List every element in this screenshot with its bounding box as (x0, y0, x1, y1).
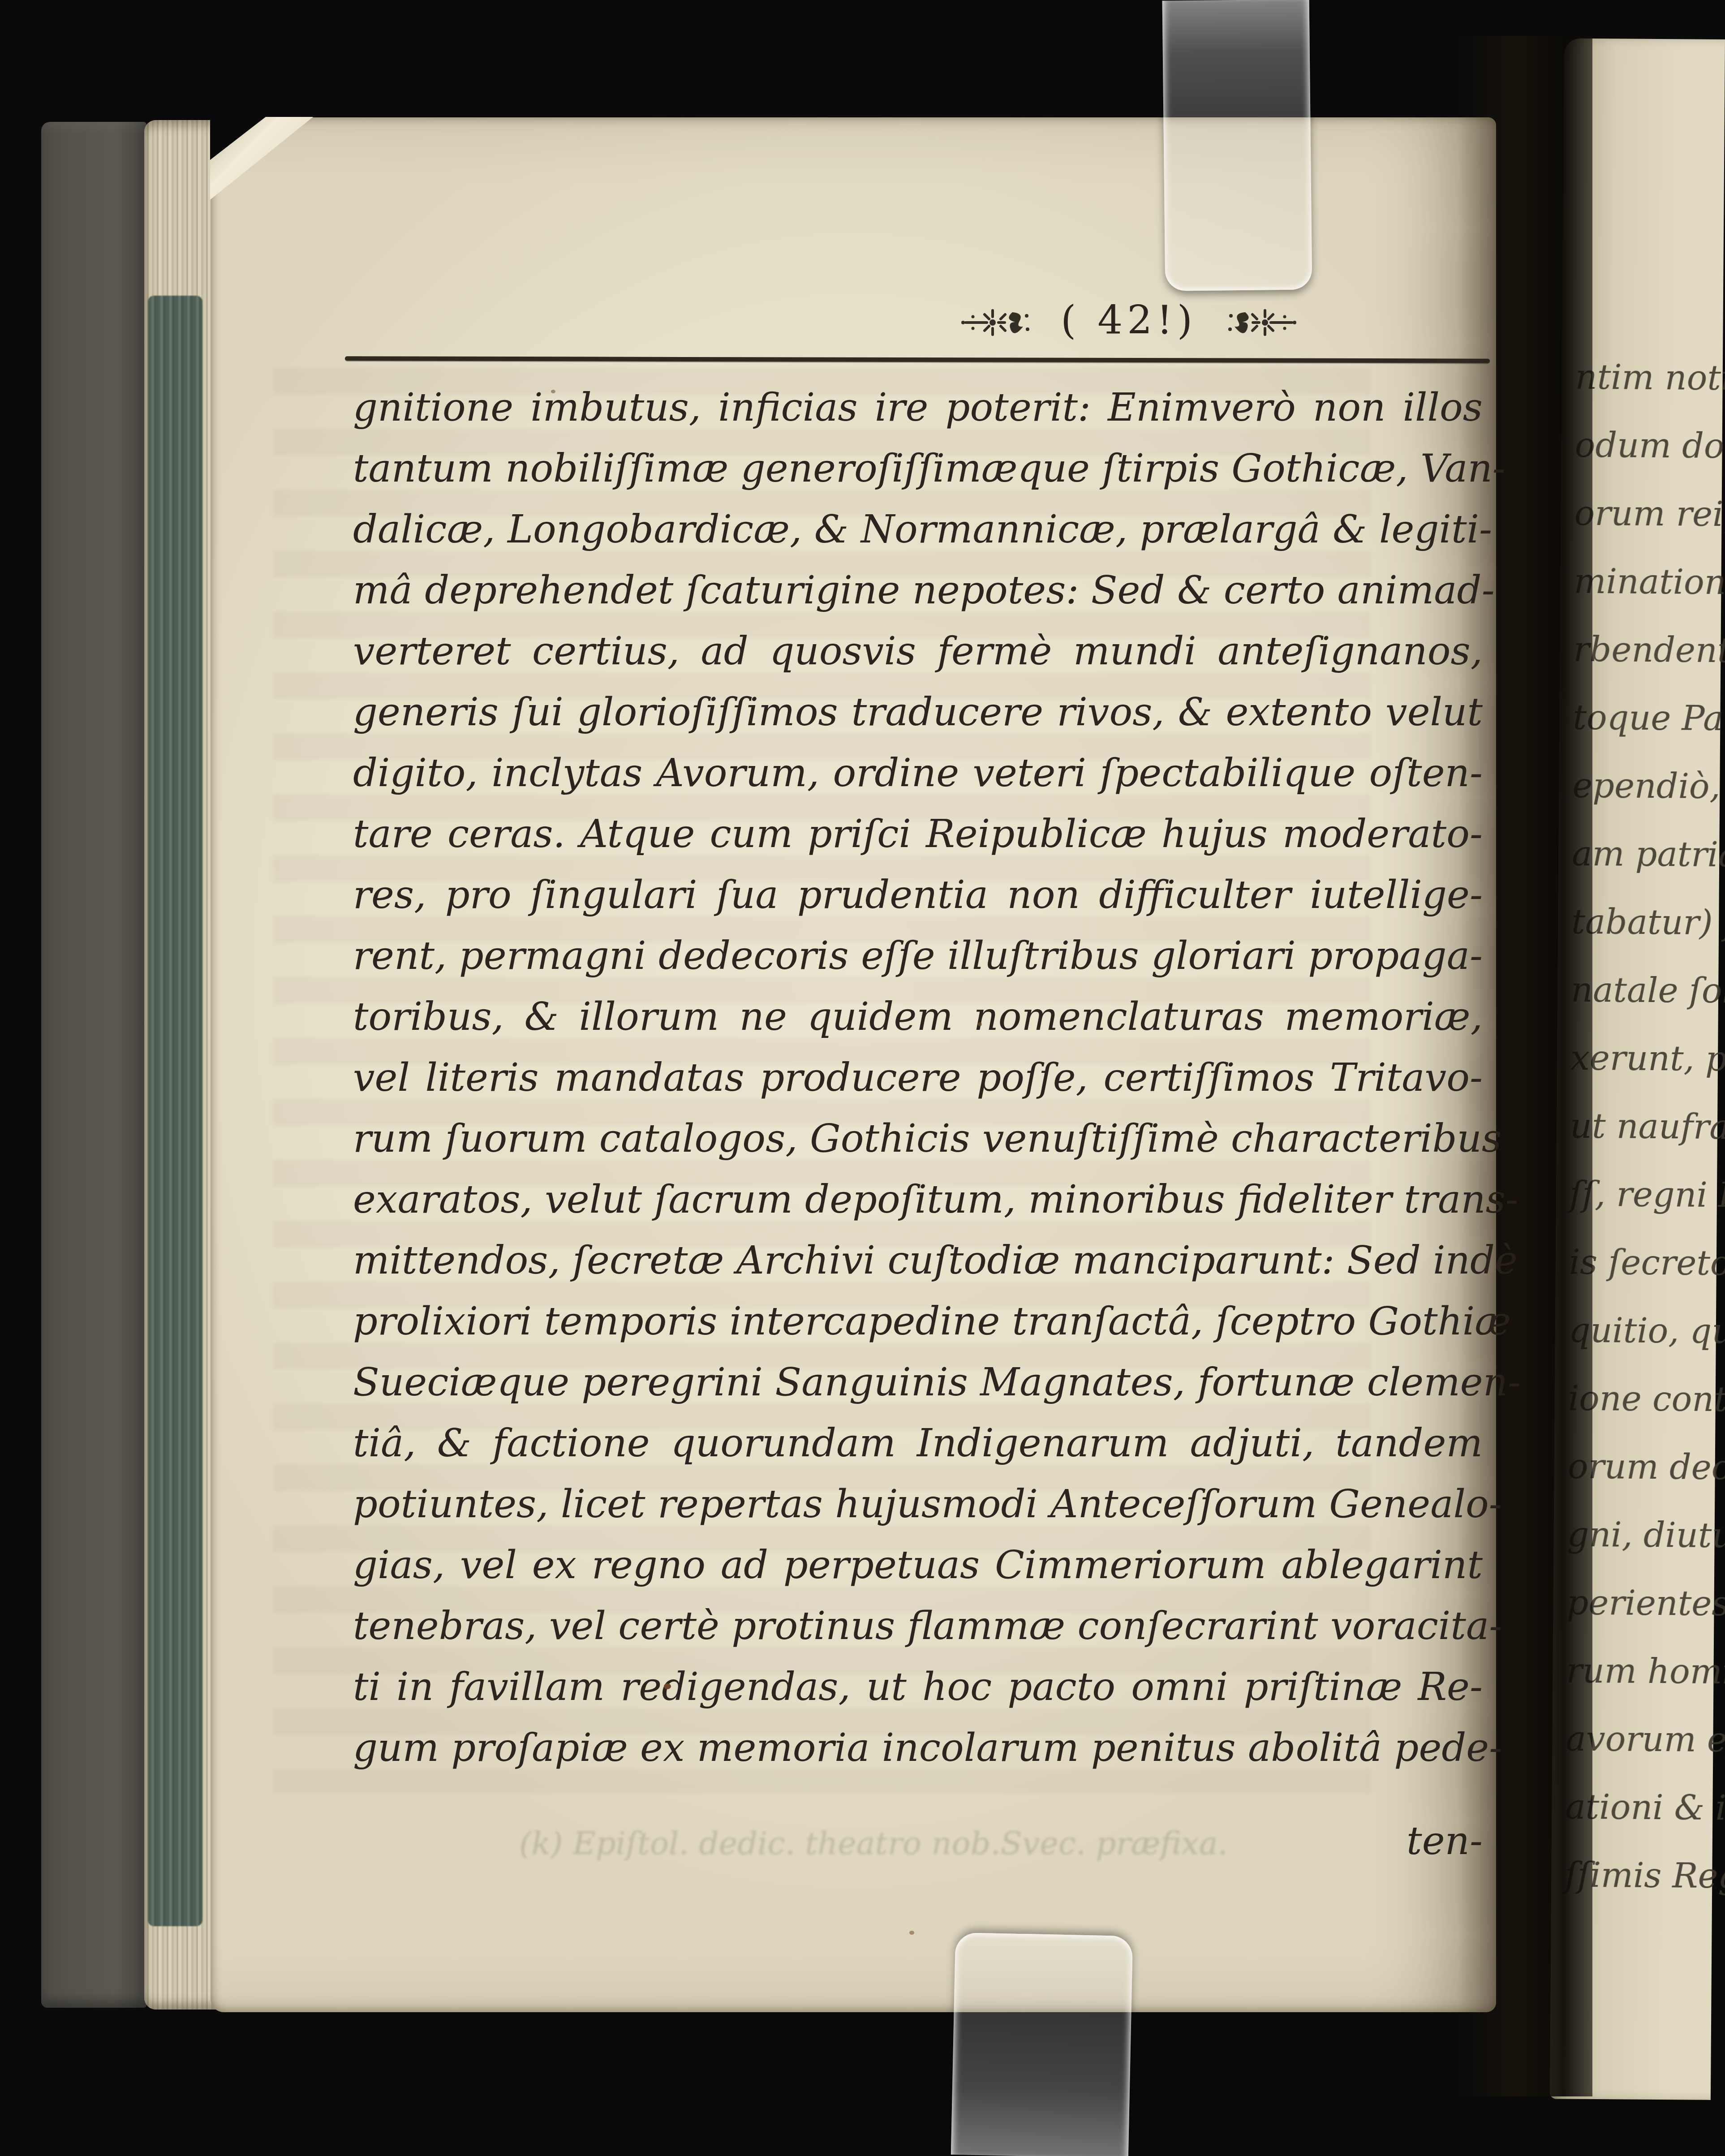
fleuron-right-icon (1223, 303, 1298, 342)
paper-speck (551, 390, 555, 393)
text-line: mittendos, ſecretæ Archivi cuſtodiæ manc… (353, 1230, 1483, 1291)
paper-speck (909, 1931, 914, 1935)
adjacent-text-fragment: is ſecreto imper (1569, 1228, 1721, 1297)
text-line: vel literis mandatas producere poſſe, ce… (353, 1047, 1483, 1108)
adjacent-text-fragment: gni, diuturnâ m (1567, 1501, 1720, 1570)
text-line: digito, inclytas Avorum, ordine veteri ſ… (353, 743, 1483, 804)
adjacent-text-fragment: natale ſolum an (1571, 956, 1724, 1025)
text-line: prolixiori temporis intercapedine tranſa… (353, 1291, 1483, 1352)
header-rule (345, 356, 1490, 363)
text-line: rent, permagni dedecoris eſſe illuſtribu… (353, 925, 1483, 986)
adjacent-text-fragment: quitio, quam Chro (1568, 1296, 1721, 1365)
adjacent-text-fragment: ependiò, quà P (1572, 752, 1725, 821)
text-line: potiuntes, licet repertas hujusmodi Ante… (353, 1474, 1483, 1535)
text-line: ti in favillam redigendas, ut hoc pacto … (353, 1657, 1483, 1717)
adjacent-text-fragment: ſſimis Regni lite (1565, 1841, 1717, 1910)
text-line: tare ceras. Atque cum priſci Reipublicæ … (353, 804, 1483, 865)
adjacent-text-fragment: rbendentes, nè (1573, 615, 1725, 684)
text-line: gias, vel ex regno ad perpetuas Cimmerio… (353, 1535, 1483, 1596)
adjacent-text-fragment: toque Patria ſu (1573, 684, 1725, 753)
text-line: dalicæ, Longobardicæ, & Normannicæ, præl… (353, 499, 1483, 560)
book-scan-photo: { "page": { "header": { "page_number": "… (0, 0, 1725, 2156)
text-line: generis ſui glorioſiſſimos traducere riv… (353, 682, 1483, 743)
page-header: ( 42!) (564, 296, 1693, 349)
text-line: rum ſuorum catalogos, Gothicis venuſtiſſ… (353, 1108, 1483, 1169)
text-line: verteret certius, ad quosvis fermè mundi… (353, 621, 1483, 682)
fleuron-left-icon (959, 303, 1035, 342)
adjacent-page-text: ntim notitiâ, ſecrodum dominaremorum rei… (1565, 343, 1725, 1910)
fore-edge-teal-band (148, 296, 202, 1926)
adjacent-text-fragment: minationis fraud (1574, 547, 1725, 616)
text-line: gum proſapiæ ex memoria incolarum penitu… (353, 1717, 1483, 1778)
paper-speck (1339, 708, 1343, 711)
adjacent-text-fragment: perientes, hujus (1566, 1569, 1719, 1638)
text-line: tenebras, vel certè protinus flammæ conſ… (353, 1596, 1483, 1657)
adjacent-text-fragment: orum reipublicæ (1574, 479, 1725, 548)
adjacent-text-fragment: ntim notitiâ, ſecr (1575, 343, 1725, 412)
text-line: Sueciæque peregrini Sanguinis Magnates, … (353, 1352, 1483, 1413)
show-through-footnote: (k) Epiſtol. dedic. theatro nob.Svec. pr… (506, 1814, 1241, 1872)
text-line: exaratos, velut ſacrum depoſitum, minori… (353, 1169, 1483, 1230)
adjacent-page-sliver: ntim notitiâ, ſecrodum dominaremorum rei… (1550, 38, 1725, 2100)
text-line: tiâ, & factione quorundam Indigenarum ad… (353, 1413, 1483, 1474)
adjacent-text-fragment: ationi & interpola (1565, 1773, 1718, 1842)
text-line: tantum nobiliſſimæ generoſiſſimæque ſtir… (353, 438, 1483, 499)
text-line: toribus, & illorum ne quidem nomenclatur… (353, 986, 1483, 1047)
adjacent-text-fragment: ut naufragio ſub (1570, 1092, 1723, 1161)
adjacent-text-fragment: tabatur) ſingula (1571, 888, 1724, 957)
adjacent-text-fragment: avorum eſſe illa (1566, 1705, 1718, 1774)
text-line: gnitione imbutus, inficias ire poterit: … (353, 377, 1483, 438)
paper-speck (978, 1022, 982, 1026)
book-cover-flap (41, 122, 146, 2008)
paper-speck (664, 1683, 671, 1689)
text-line: mâ deprehendet ſcaturigine nepotes: Sed … (353, 560, 1483, 621)
body-text: gnitione imbutus, inficias ire poterit: … (353, 377, 1483, 1778)
adjacent-text-fragment: odum dominarem (1574, 411, 1725, 480)
book-page: ( 42!) gnitione imbutus, inficias ire po… (211, 117, 1496, 2012)
book-fore-edge (144, 120, 221, 2010)
adjacent-text-fragment: ione contemplan (1568, 1364, 1721, 1433)
adjacent-text-fragment: rum hominumqu (1566, 1637, 1719, 1706)
page-number: ( 42!) (1061, 297, 1197, 343)
adjacent-text-fragment: am patriæ Ann (1572, 820, 1725, 889)
text-line: res, pro ſingulari ſua prudentia non dif… (353, 865, 1483, 925)
adjacent-text-fragment: xerunt, poſteris (1570, 1024, 1723, 1093)
adjacent-text-fragment: orum decurſu, n (1567, 1433, 1720, 1502)
adjacent-text-fragment: ſſ, regni Hiſtoria (1569, 1160, 1722, 1229)
